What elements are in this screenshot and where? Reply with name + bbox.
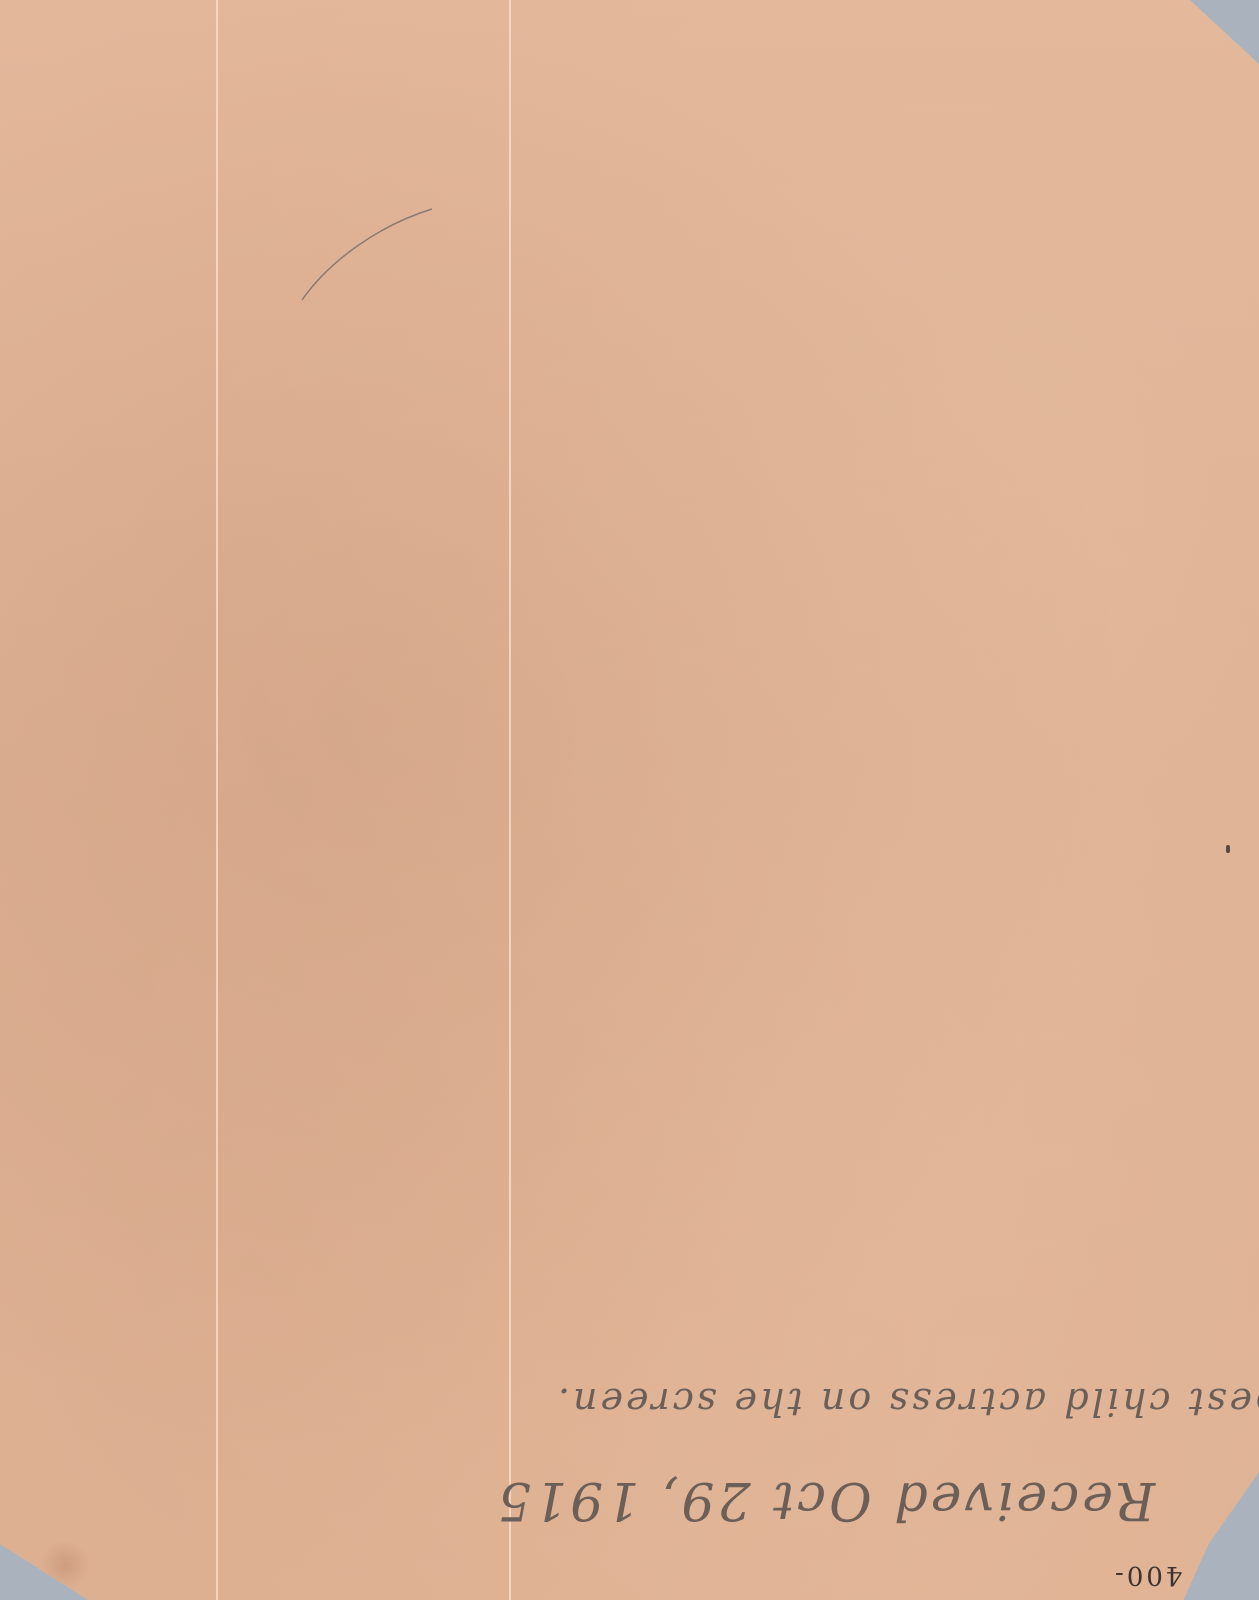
handwritten-note-description: The best child actress on the screen. xyxy=(555,1380,1259,1424)
vertical-crease-right xyxy=(509,0,511,1600)
stain-mark xyxy=(40,1540,90,1590)
handwritten-price-mark: 400- xyxy=(1112,1560,1182,1590)
pencil-stroke-icon xyxy=(300,205,440,305)
photo-card-back xyxy=(0,0,1259,1600)
handwritten-note-received-date: Received Oct 29, 1915 xyxy=(495,1470,1155,1530)
speck-mark xyxy=(1226,845,1230,853)
vertical-crease-left xyxy=(216,0,218,1600)
